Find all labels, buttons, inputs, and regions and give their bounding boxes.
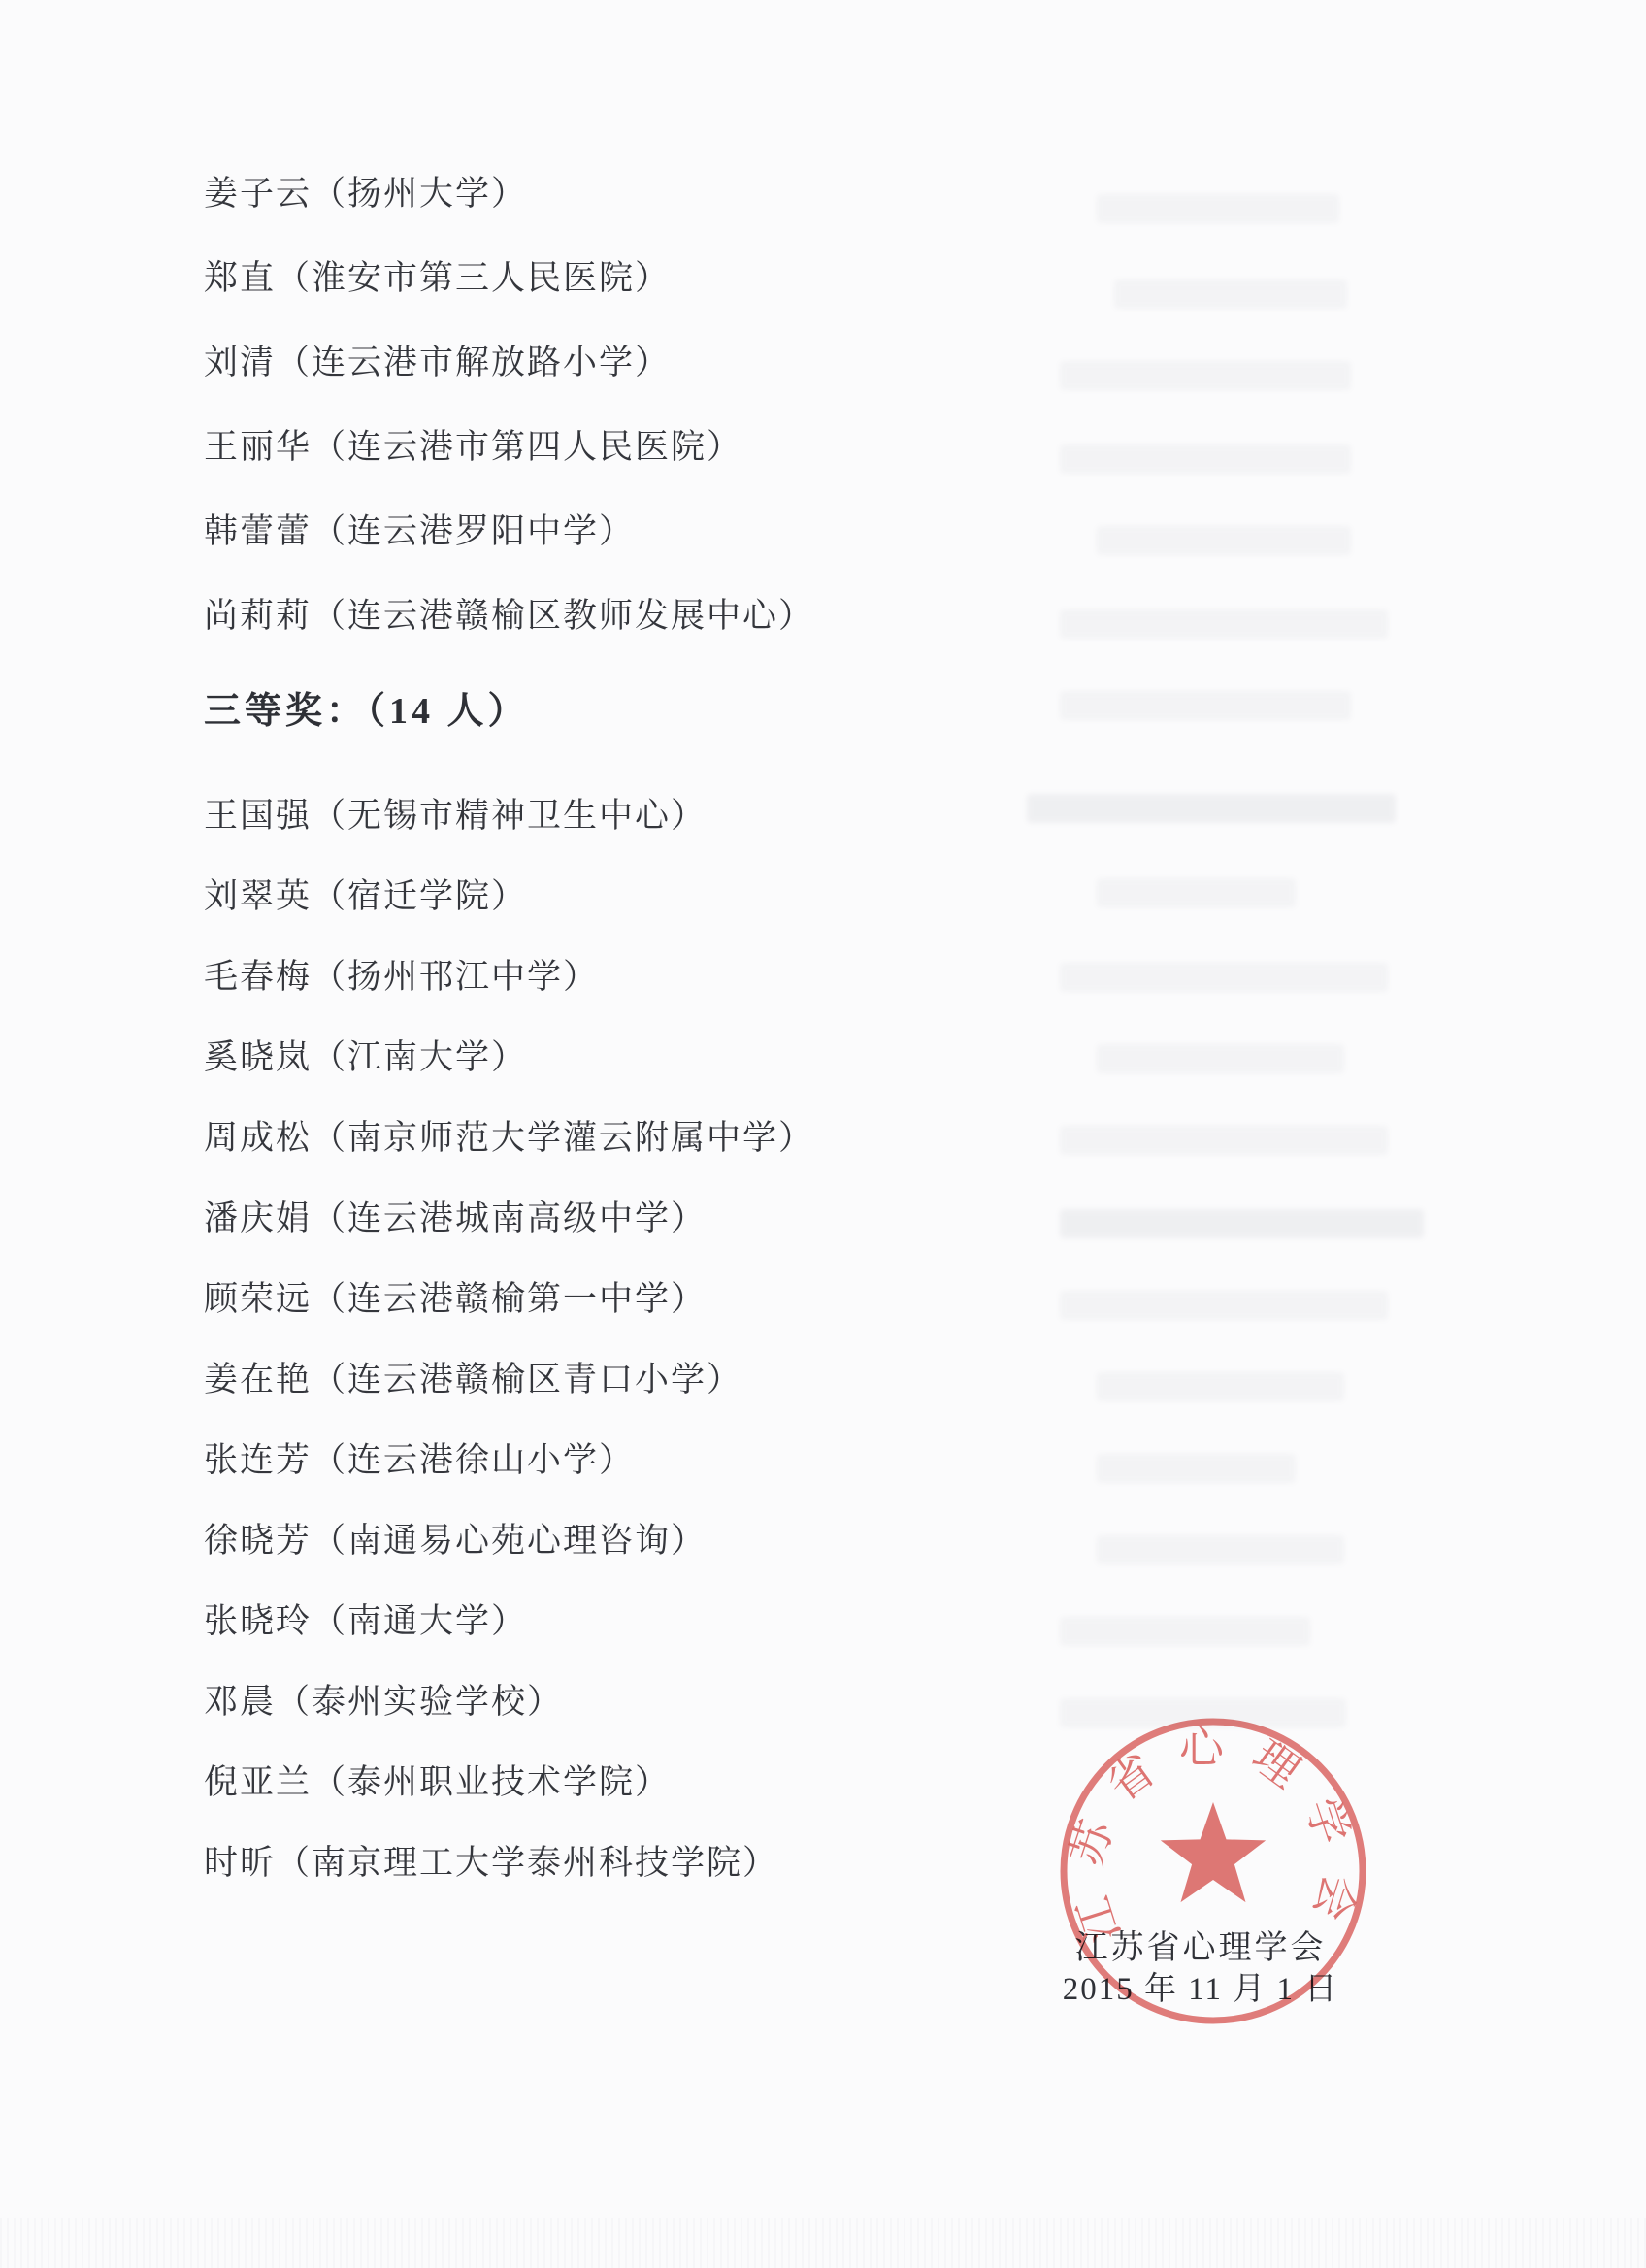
scanned-document-page: 姜子云（扬州大学） 郑直（淮安市第三人民医院） 刘清（连云港市解放路小学） 王丽… — [0, 0, 1646, 2268]
award-entry: 徐晓芳（南通易心苑心理咨询） — [204, 1520, 1646, 1562]
award-entry: 潘庆娟（连云港城南高级中学） — [204, 1198, 1646, 1240]
award-entry: 韩蕾蕾（连云港罗阳中学） — [204, 510, 1646, 553]
scanner-noise-artifact — [0, 2218, 1646, 2268]
award-entry: 王国强（无锡市精神卫生中心） — [204, 795, 1646, 838]
award-entry: 尚莉莉（连云港赣榆区教师发展中心） — [204, 595, 1646, 638]
award-entry: 顾荣远（连云港赣榆第一中学） — [204, 1278, 1646, 1321]
section-heading-third-prize: 三等奖：（14 人） — [204, 688, 1646, 735]
seal-star-icon — [1161, 1802, 1266, 1902]
award-entry: 奚晓岚（江南大学） — [204, 1036, 1646, 1079]
award-entry: 倪亚兰（泰州职业技术学院） — [204, 1761, 1646, 1804]
seal-graphic: 江苏省心理学会 — [1056, 1714, 1370, 2028]
award-entry: 时昕（南京理工大学泰州科技学院） — [204, 1842, 1646, 1885]
official-seal: 江苏省心理学会 — [1056, 1714, 1370, 2028]
award-entry: 姜在艳（连云港赣榆区青口小学） — [204, 1359, 1646, 1401]
award-entry: 姜子云（扬州大学） — [204, 173, 1646, 215]
award-entry: 邓晨（泰州实验学校） — [204, 1681, 1646, 1724]
award-entry: 张连芳（连云港徐山小学） — [204, 1439, 1646, 1482]
award-entry: 王丽华（连云港市第四人民医院） — [204, 426, 1646, 469]
document-body: 姜子云（扬州大学） 郑直（淮安市第三人民医院） 刘清（连云港市解放路小学） 王丽… — [0, 0, 1646, 1923]
award-entry: 张晓玲（南通大学） — [204, 1600, 1646, 1643]
award-entry: 周成松（南京师范大学灌云附属中学） — [204, 1117, 1646, 1160]
award-entry: 刘翠英（宿迁学院） — [204, 875, 1646, 918]
award-entry: 郑直（淮安市第三人民医院） — [204, 257, 1646, 300]
award-entry: 刘清（连云港市解放路小学） — [204, 342, 1646, 384]
award-entry: 毛春梅（扬州邗江中学） — [204, 956, 1646, 999]
